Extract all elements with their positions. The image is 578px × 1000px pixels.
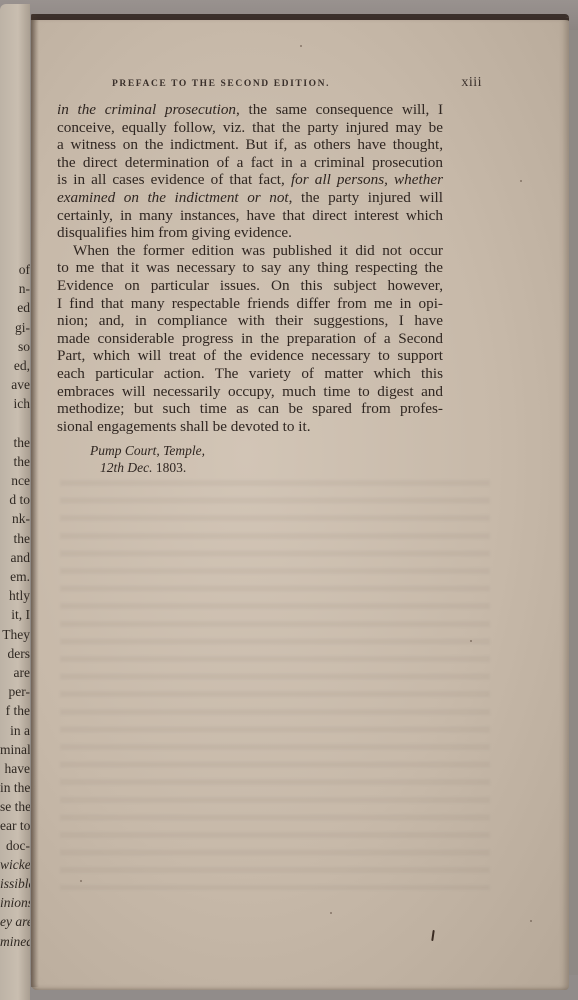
fragment-line: f the	[0, 701, 30, 720]
paper-speck	[470, 640, 472, 642]
text-run: disqualifies him from giving evidence.	[57, 224, 292, 241]
fragment-line: in a	[0, 721, 30, 740]
fragment-line: ave	[0, 375, 30, 394]
text-run: methodize; but such time as can be spare…	[57, 400, 443, 417]
fragment-line: se the	[0, 797, 30, 816]
italic-text: examined on the indictment or not	[57, 189, 289, 206]
fragment-line: ear to	[0, 816, 30, 835]
spine-shadow	[31, 14, 39, 987]
fragment-line: em.	[0, 567, 30, 586]
fragment-line: in the	[0, 778, 30, 797]
text-run: I find that many respectable friends dif…	[57, 295, 443, 312]
text-line: to me that it was necessary to say any t…	[57, 259, 443, 277]
text-run: made considerable progress in the prepar…	[57, 330, 443, 347]
text-run: Evidence on particular issues. On this s…	[57, 277, 443, 294]
fragment-line: doc-	[0, 836, 30, 855]
text-line: made considerable progress in the prepar…	[57, 330, 443, 348]
text-line: conceive, equally follow, viz. that the …	[57, 119, 443, 137]
text-run: Part, which will treat of the evidence n…	[57, 347, 443, 364]
running-title: PREFACE TO THE SECOND EDITION.	[112, 79, 330, 89]
signature-block: Pump Court, Temple, 12th Dec. 1803.	[90, 442, 205, 476]
signature-date-day: 12th Dec.	[100, 460, 152, 475]
text-run: the direct determination of a fact in a …	[57, 154, 443, 171]
fragment-line: ey are	[0, 912, 30, 931]
fragment-line: n-	[0, 279, 30, 298]
text-line: examined on the indictment or not, the p…	[57, 189, 443, 207]
italic-text: in the criminal prosecution	[57, 101, 236, 118]
fragment-line: minal	[0, 740, 30, 759]
italic-text: for all persons, whether	[291, 171, 443, 188]
preface-body-text: in the criminal prosecution, the same co…	[57, 101, 443, 435]
text-line: the direct determination of a fact in a …	[57, 154, 443, 172]
fragment-line: d to	[0, 490, 30, 509]
text-run: certainly, in many instances, have that …	[57, 207, 443, 224]
text-run: to me that it was necessary to say any t…	[57, 259, 443, 276]
fragment-line: ich	[0, 394, 30, 413]
fragment-line: mined	[0, 932, 30, 951]
paper-speck	[520, 180, 522, 182]
fragment-line: have	[0, 759, 30, 778]
fragment-line	[0, 414, 30, 433]
fragment-line: htly	[0, 586, 30, 605]
fragment-line: nk-	[0, 509, 30, 528]
fragment-line: gi-	[0, 318, 30, 337]
fragment-line: ders	[0, 644, 30, 663]
text-run: is in all cases evidence of that fact,	[57, 171, 291, 188]
text-line: a witness on the indictment. But if, as …	[57, 136, 443, 154]
paper-speck	[300, 45, 302, 47]
fragment-line: and	[0, 548, 30, 567]
text-line: When the former edition was published it…	[57, 242, 443, 260]
fragment-line: issible	[0, 874, 30, 893]
text-run: , the same consequence will, I	[236, 101, 443, 118]
text-run: each particular action. The variety of m…	[57, 365, 443, 382]
text-line: nion; and, in compliance with their sugg…	[57, 312, 443, 330]
fragment-line: per-	[0, 682, 30, 701]
fragment-line: the	[0, 433, 30, 452]
show-through-text	[60, 470, 490, 890]
signature-date: 12th Dec. 1803.	[90, 459, 205, 476]
text-run: sional engagements shall be devoted to i…	[57, 418, 311, 435]
fragment-line: ed,	[0, 356, 30, 375]
fragment-line: it, I	[0, 605, 30, 624]
paper-speck	[530, 920, 532, 922]
fragment-line: wicke)	[0, 855, 30, 874]
text-line: certainly, in many instances, have that …	[57, 207, 443, 225]
fragment-line: of	[0, 260, 30, 279]
text-line: embraces will necessarily occupy, much t…	[57, 383, 443, 401]
previous-page-text-fragments: ofn-edgi-soed,aveichthethenced tonk-thea…	[0, 260, 30, 951]
text-line: disqualifies him from giving evidence.	[57, 224, 443, 242]
text-line: Evidence on particular issues. On this s…	[57, 277, 443, 295]
fragment-line: the	[0, 452, 30, 471]
text-line: methodize; but such time as can be spare…	[57, 400, 443, 418]
fragment-line: ed	[0, 298, 30, 317]
text-run: nion; and, in compliance with their sugg…	[57, 312, 443, 329]
fragment-line: so	[0, 337, 30, 356]
signature-date-year: 1803.	[152, 460, 186, 475]
text-line: is in all cases evidence of that fact, f…	[57, 171, 443, 189]
previous-page-edge: ofn-edgi-soed,aveichthethenced tonk-thea…	[0, 4, 30, 1000]
text-line: each particular action. The variety of m…	[57, 365, 443, 383]
text-line: in the criminal prosecution, the same co…	[57, 101, 443, 119]
fragment-line: are	[0, 663, 30, 682]
text-line: sional engagements shall be devoted to i…	[57, 418, 443, 436]
text-run: a witness on the indictment. But if, as …	[57, 136, 443, 153]
running-head: PREFACE TO THE SECOND EDITION. xiii	[112, 79, 492, 95]
fragment-line: nce	[0, 471, 30, 490]
paper-speck	[330, 912, 332, 914]
text-run: conceive, equally follow, viz. that the …	[57, 119, 443, 136]
text-run: embraces will necessarily occupy, much t…	[57, 383, 443, 400]
fragment-line: inions	[0, 893, 30, 912]
text-line: I find that many respectable friends dif…	[57, 295, 443, 313]
text-line: Part, which will treat of the evidence n…	[57, 347, 443, 365]
text-run: , the party injured will	[289, 189, 443, 206]
fragment-line: the	[0, 529, 30, 548]
paper-speck	[80, 880, 82, 882]
page-number: xiii	[461, 75, 482, 91]
signature-place: Pump Court, Temple,	[90, 442, 205, 459]
fragment-line: They	[0, 625, 30, 644]
text-run: When the former edition was published it…	[73, 242, 443, 259]
